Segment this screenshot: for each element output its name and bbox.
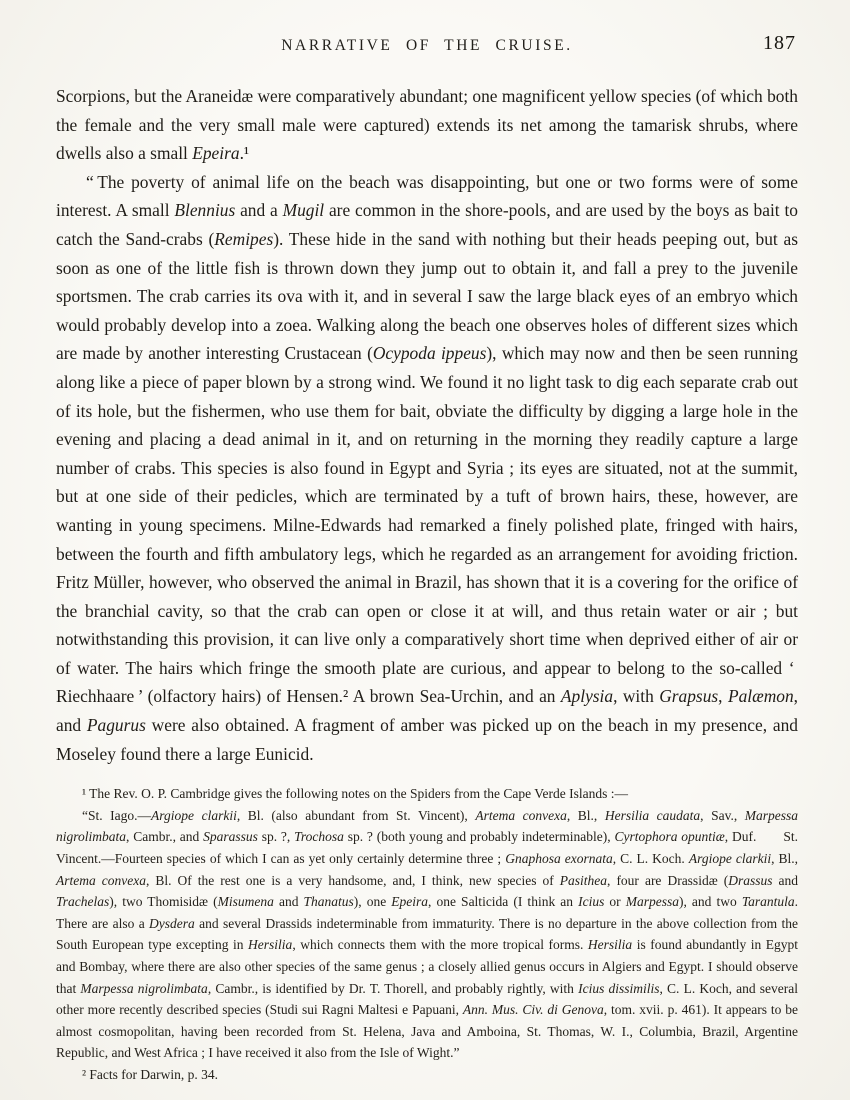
text-run: , C. L. Koch. — [613, 851, 689, 866]
text-run: ² Facts for Darwin, p. 34. — [82, 1067, 218, 1082]
text-run: or — [604, 894, 625, 909]
text-run: ), which may now and then be seen runnin… — [56, 343, 798, 706]
italic-text: Mugil — [283, 200, 325, 220]
text-run: ), and two — [679, 894, 742, 909]
italic-text: Artema convexa — [475, 808, 567, 823]
italic-text: Thanatus — [304, 894, 354, 909]
italic-text: Sparassus — [203, 829, 258, 844]
text-run: and — [772, 873, 798, 888]
text-run: and a — [235, 200, 282, 220]
text-run: Scorpions, but the Araneidæ were compara… — [56, 86, 798, 163]
text-run: , Bl. (also abundant from St. Vincent), — [237, 808, 476, 823]
text-run: , Cambr., and — [126, 829, 203, 844]
text-run: , four are Drassidæ ( — [607, 873, 728, 888]
italic-text: Blennius — [174, 200, 235, 220]
italic-text: Hersilia caudata — [605, 808, 700, 823]
italic-text: Misumena — [218, 894, 274, 909]
italic-text: Pasithea — [560, 873, 607, 888]
text-run: “St. Iago.— — [82, 808, 151, 823]
body-text: Scorpions, but the Araneidæ were compara… — [56, 82, 798, 768]
text-run: and — [274, 894, 304, 909]
italic-text: Marpessa nigrolimbata — [80, 981, 207, 996]
text-run: , one Salticida (I think an — [428, 894, 578, 909]
text-run: ), one — [354, 894, 392, 909]
italic-text: Trachelas — [56, 894, 109, 909]
text-run: were also obtained. A fragment of amber … — [56, 715, 798, 764]
italic-text: Marpessa — [626, 894, 679, 909]
paragraph: Scorpions, but the Araneidæ were compara… — [56, 82, 798, 168]
paragraph: “ The poverty of animal life on the beac… — [56, 168, 798, 768]
italic-text: Cyrtophora opuntiæ — [614, 829, 724, 844]
italic-text: Grapsus — [659, 686, 718, 706]
text-run: , — [718, 686, 728, 706]
italic-text: Drassus — [728, 873, 772, 888]
page-header: NARRATIVE OF THE CRUISE. 187 — [56, 34, 798, 58]
text-run: .¹ — [240, 143, 250, 163]
italic-text: Trochosa — [294, 829, 344, 844]
page-number: 187 — [763, 32, 796, 55]
text-run: , Bl., — [567, 808, 605, 823]
italic-text: Icius dissimilis — [578, 981, 659, 996]
italic-text: Aplysia — [561, 686, 613, 706]
italic-text: Hersilia — [588, 937, 632, 952]
running-title: NARRATIVE OF THE CRUISE. — [56, 37, 798, 55]
italic-text: Artema convexa — [56, 873, 146, 888]
paragraph: ¹ The Rev. O. P. Cambridge gives the fol… — [56, 783, 798, 805]
italic-text: Dysdera — [149, 916, 195, 931]
footnotes: ¹ The Rev. O. P. Cambridge gives the fol… — [56, 783, 798, 1085]
text-run: ¹ The Rev. O. P. Cambridge gives the fol… — [82, 786, 628, 801]
italic-text: Palæmon — [728, 686, 794, 706]
paragraph: “St. Iago.—Argiope clarkii, Bl. (also ab… — [56, 805, 798, 1064]
text-run: ), two Thomisidæ ( — [109, 894, 217, 909]
text-run: , Sav., — [700, 808, 745, 823]
italic-text: Argiope clarkii — [151, 808, 237, 823]
text-run: , Cambr., is identified by Dr. T. Thorel… — [208, 981, 578, 996]
italic-text: Hersilia — [248, 937, 292, 952]
italic-text: Epeira — [192, 143, 239, 163]
italic-text: Pagurus — [87, 715, 146, 735]
italic-text: Argiope clarkii — [689, 851, 771, 866]
italic-text: Ocypoda ippeus — [373, 343, 487, 363]
italic-text: Icius — [578, 894, 604, 909]
paragraph: ² Facts for Darwin, p. 34. — [56, 1064, 798, 1086]
text-run: , Bl. Of the rest one is a very handsome… — [146, 873, 560, 888]
italic-text: Ann. Mus. Civ. di Genova — [463, 1002, 604, 1017]
text-run: , with — [613, 686, 659, 706]
italic-text: Remipes — [214, 229, 273, 249]
italic-text: Epeira — [391, 894, 428, 909]
text-run: sp. ?, — [258, 829, 294, 844]
text-run: , Bl., — [771, 851, 798, 866]
italic-text: Tarantula — [742, 894, 795, 909]
italic-text: Gnaphosa exornata — [505, 851, 613, 866]
book-page: NARRATIVE OF THE CRUISE. 187 Scorpions, … — [0, 0, 850, 1100]
text-run: , which connects them with the more trop… — [292, 937, 588, 952]
text-run: sp. ? (both young and probably indetermi… — [344, 829, 615, 844]
